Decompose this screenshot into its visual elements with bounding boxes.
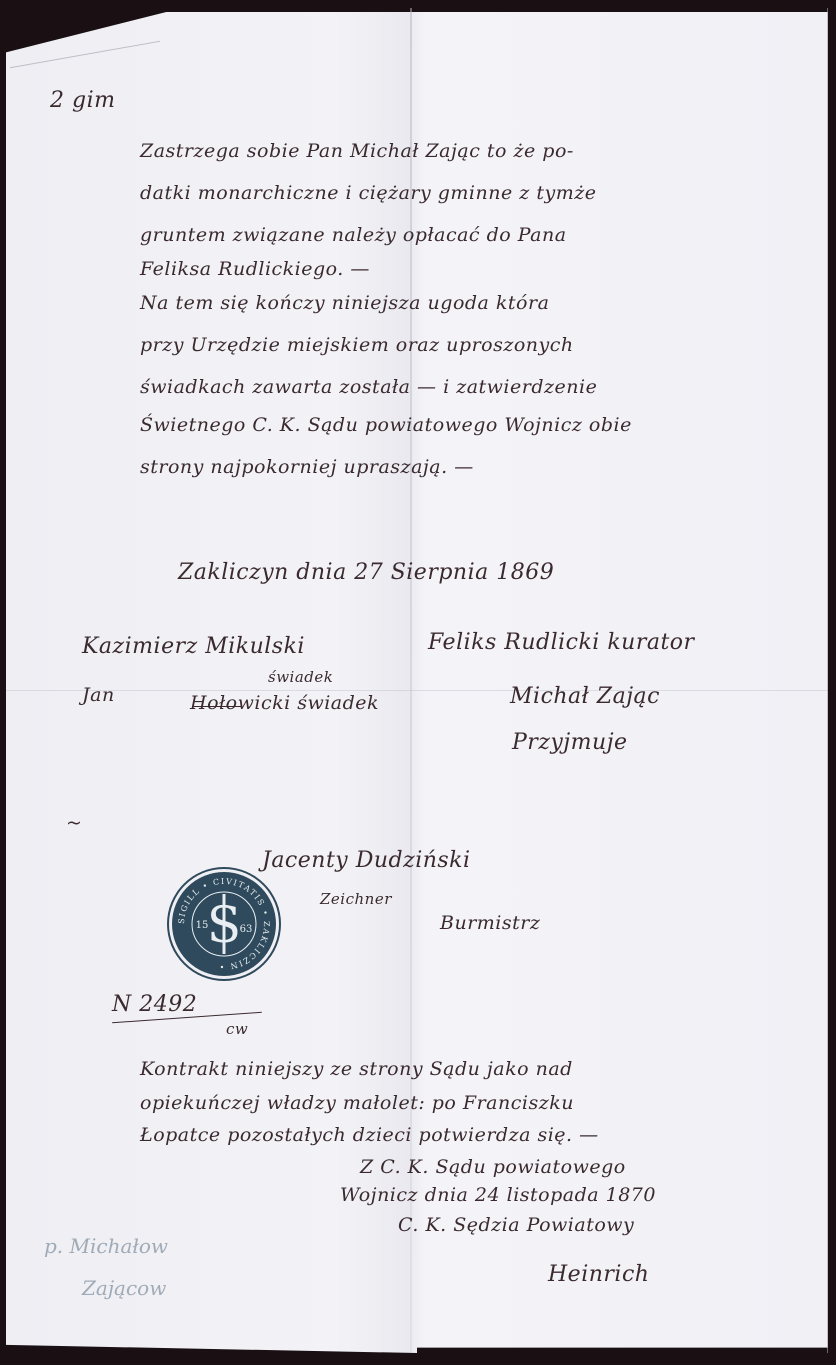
page-edge [827, 8, 828, 1353]
body-line: Świetnego C. K. Sądu powiatowego Wojnicz… [140, 414, 632, 436]
town-seal: SIGILL • CIVITATIS • ZAKLICZIN • S 15 63 [172, 872, 276, 976]
case-number: N 2492 [112, 992, 197, 1017]
strike-through [192, 706, 242, 707]
pencil-line: Zającow [82, 1276, 166, 1300]
court-name: Z C. K. Sądu powiatowego [360, 1156, 626, 1178]
body-line: świadkach zawarta została — i zatwierdze… [140, 376, 597, 398]
svg-text:15: 15 [196, 920, 209, 931]
case-number-suffix: cw [226, 1020, 248, 1038]
mayor-role-2: Burmistrz [440, 912, 540, 934]
seal-emblem-icon: SIGILL • CIVITATIS • ZAKLICZIN • S 15 63 [172, 872, 276, 976]
court-line: Łopatce pozostałych dzieci potwierdza si… [140, 1124, 599, 1146]
svg-text:63: 63 [240, 924, 253, 935]
witness-2-signature: Hołowicki świadek [190, 692, 379, 714]
court-place-date: Wojnicz dnia 24 listopada 1870 [340, 1184, 656, 1206]
body-line: datki monarchiczne i ciężary gminne z ty… [140, 182, 596, 204]
body-line: Zastrzega sobie Pan Michał Zając to że p… [140, 140, 574, 162]
court-line: opiekuńczej władzy małolet: po Franciszk… [140, 1092, 574, 1114]
body-line: strony najpokorniej upraszają. — [140, 456, 474, 478]
judge-title: C. K. Sędzia Powiatowy [398, 1214, 634, 1236]
body-line: Na tem się kończy niniejsza ugoda która [140, 292, 549, 314]
witness-1-signature: Kazimierz Mikulski [82, 634, 305, 659]
mayor-role-1: Zeichner [320, 890, 392, 908]
party-2-signature: Michał Zając [510, 684, 660, 709]
document-sheet [6, 8, 828, 1353]
horizontal-fold-line [6, 690, 828, 691]
page-marker: 2 gim [50, 88, 115, 113]
witness-1-role: świadek [268, 668, 333, 686]
pencil-line: p. Michałow [44, 1234, 168, 1258]
mayor-signature: Jacenty Dudziński [262, 848, 471, 873]
witness-2-prefix: Jan [82, 684, 115, 706]
vertical-fold-line [410, 8, 412, 1353]
body-line: przy Urzędzie miejskiem oraz uproszonych [140, 334, 574, 356]
party-2-note: Przyjmuje [512, 730, 628, 755]
body-line: gruntem związane należy opłacać do Pana [140, 224, 567, 246]
body-line: Feliksa Rudlickiego. — [140, 258, 370, 280]
date-line: Zakliczyn dnia 27 Sierpnia 1869 [178, 560, 554, 585]
court-line: Kontrakt niniejszy ze strony Sądu jako n… [140, 1058, 573, 1080]
margin-mark: ~ [66, 812, 82, 834]
judge-signature: Heinrich [548, 1262, 649, 1287]
party-1-signature: Feliks Rudlicki kurator [428, 630, 695, 655]
